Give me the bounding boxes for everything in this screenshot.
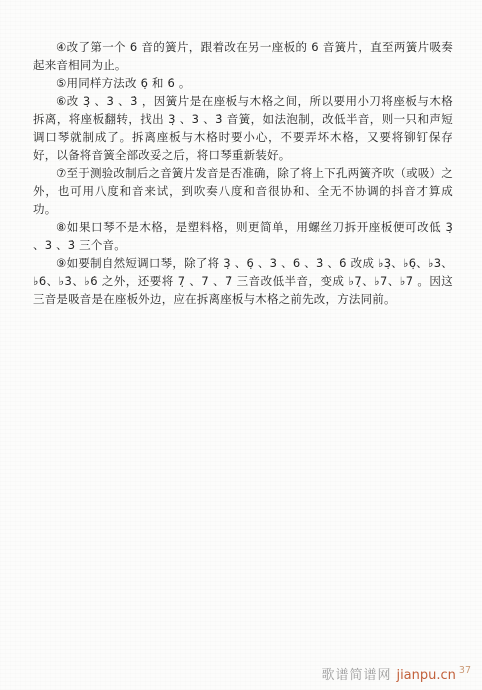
- paragraph-item-4: ④改了第一个 6 音的簧片，跟着改在另一座板的 6 音簧片，直至两簧片吸奏起来音…: [33, 38, 453, 74]
- paragraph-item-9: ⑨如要制自然短调口琴，除了将 3̣ 、6̣ 、3 、6 、3̇ 、6̇ 改成 ♭…: [33, 254, 453, 308]
- paragraph-item-5: ⑤用同样方法改 6̣ 和 6̇ 。: [33, 74, 453, 92]
- scanned-book-page: ④改了第一个 6 音的簧片，跟着改在另一座板的 6 音簧片，直至两簧片吸奏起来音…: [0, 0, 482, 690]
- paragraph-item-6: ⑥改 3̣ 、3 、3̇ ，因簧片是在座板与木格之间，所以要用小刀将座板与木格拆…: [33, 92, 453, 164]
- page-number: 37: [459, 665, 471, 676]
- text-block: ④改了第一个 6 音的簧片，跟着改在另一座板的 6 音簧片，直至两簧片吸奏起来音…: [33, 38, 453, 308]
- watermark: 歌谱简谱网jianpu.cn37: [321, 663, 471, 683]
- watermark-site-name: 歌谱简谱网: [321, 668, 391, 683]
- paragraph-item-8: ⑧如果口琴不是木格，是塑料格，则更简单，用螺丝刀拆开座板便可改低 3̣ 、3 、…: [33, 218, 453, 254]
- paragraph-item-7: ⑦至于测验改制后之音簧片发音是否准确，除了将上下孔两簧齐吹（或吸）之外，也可用八…: [33, 164, 453, 218]
- watermark-site-url: jianpu.cn: [396, 668, 455, 683]
